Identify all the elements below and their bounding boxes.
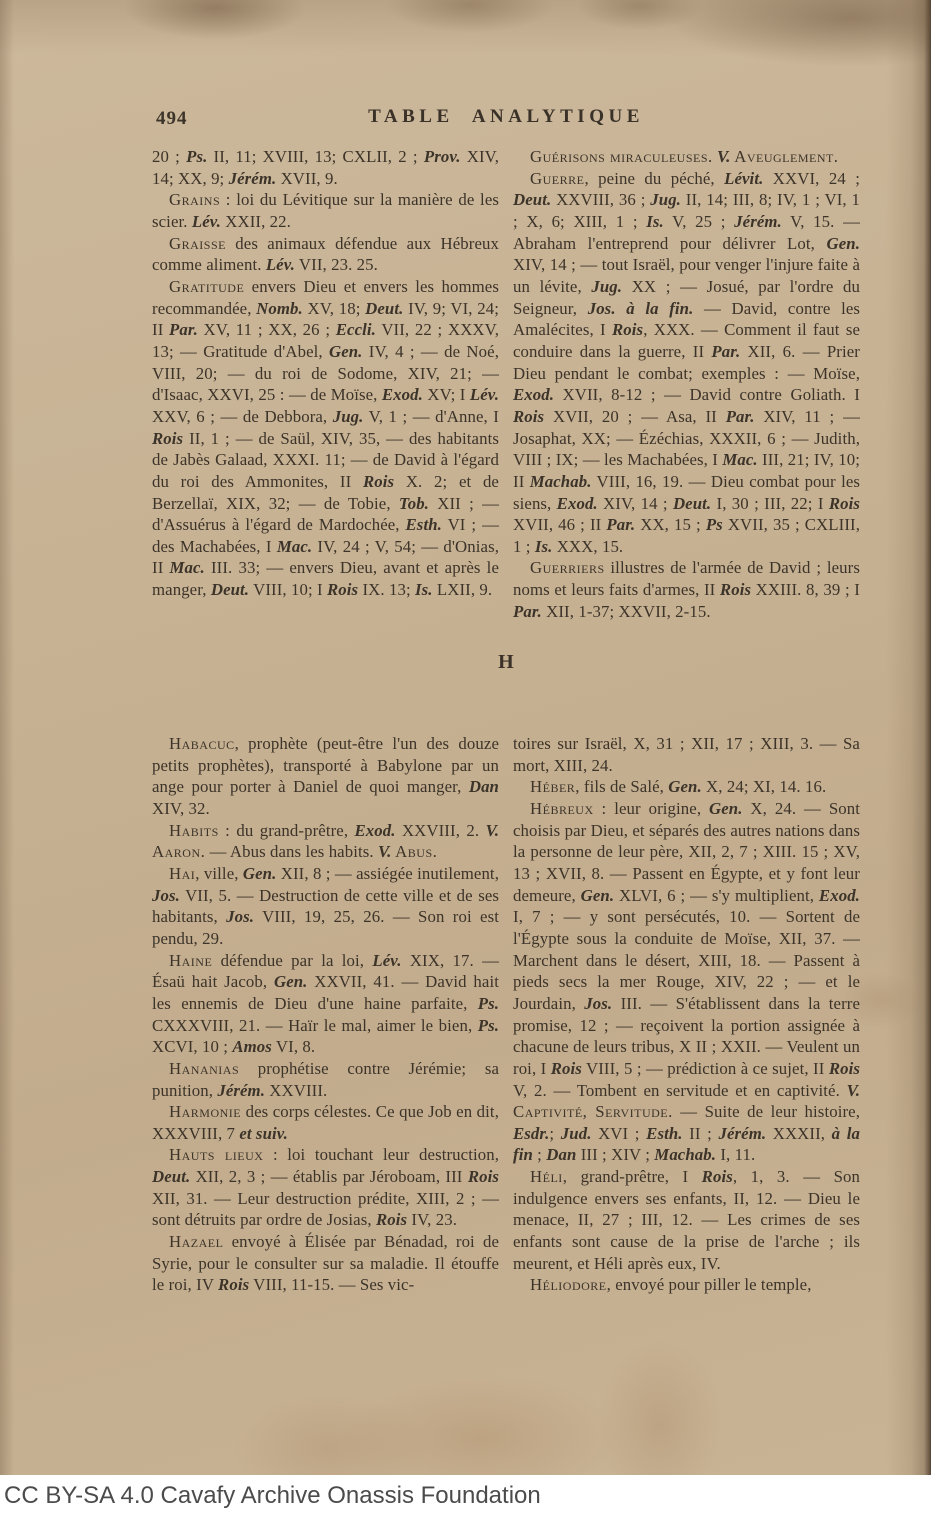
license-text: CC BY-SA 4.0 Cavafy Archive Onassis Foun…	[4, 1482, 541, 1510]
index-entry: Gratitude envers Dieu et envers les homm…	[152, 276, 499, 601]
section-g: 20 ; Ps. II, 11; XVIII, 13; CXLII, 2 ; P…	[152, 146, 860, 622]
page-content: 20 ; Ps. II, 11; XVIII, 13; CXLII, 2 ; P…	[152, 146, 860, 1476]
section-g-columns: 20 ; Ps. II, 11; XVIII, 13; CXLII, 2 ; P…	[152, 146, 860, 622]
section-heading-h: H	[152, 652, 860, 674]
index-entry: Hananias prophétise contre Jérémie; sa p…	[152, 1058, 499, 1101]
index-entry: Harmonie des corps célestes. Ce que Job …	[152, 1101, 499, 1144]
page-header: 494 TABLE ANALYTIQUE	[152, 106, 860, 132]
column-left: Habacuc, prophète (peut-être l'un des do…	[152, 733, 499, 1296]
index-entry: Guerriers illustres de l'armée de David …	[513, 557, 860, 622]
column-right: toires sur Israël, X, 31 ; XII, 17 ; XII…	[513, 733, 860, 1296]
index-entry: Hébreux : leur origine, Gen. X, 24. — So…	[513, 798, 860, 1166]
index-entry: Graisse des animaux défendue aux Hébreux…	[152, 233, 499, 276]
index-entry: Héli, grand-prêtre, I Rois, 1, 3. — Son …	[513, 1166, 860, 1274]
index-entry: Habits : du grand-prêtre, Exod. XXVIII, …	[152, 820, 499, 863]
index-entry: 20 ; Ps. II, 11; XVIII, 13; CXLII, 2 ; P…	[152, 146, 499, 189]
index-entry: Hauts lieux : loi touchant leur destruct…	[152, 1144, 499, 1231]
index-entry: Guerre, peine du péché, Lévit. XXVI, 24 …	[513, 168, 860, 558]
column-right: Guérisons miraculeuses. V. Aveuglement.G…	[513, 146, 860, 622]
index-entry: toires sur Israël, X, 31 ; XII, 17 ; XII…	[513, 733, 860, 776]
license-bar: CC BY-SA 4.0 Cavafy Archive Onassis Foun…	[0, 1475, 931, 1516]
index-entry: Guérisons miraculeuses. V. Aveuglement.	[513, 146, 860, 168]
index-entry: Hai, ville, Gen. XII, 8 ; — assiégée inu…	[152, 863, 499, 950]
section-h-columns: Habacuc, prophète (peut-être l'un des do…	[152, 733, 860, 1296]
column-left: 20 ; Ps. II, 11; XVIII, 13; CXLII, 2 ; P…	[152, 146, 499, 622]
section-h: Habacuc, prophète (peut-être l'un des do…	[152, 733, 860, 1296]
scanned-book-page: 494 TABLE ANALYTIQUE 20 ; Ps. II, 11; XV…	[0, 0, 931, 1516]
index-entry: Haine défendue par la loi, Lév. XIX, 17.…	[152, 950, 499, 1058]
page-title: TABLE ANALYTIQUE	[152, 106, 860, 128]
index-entry: Habacuc, prophète (peut-être l'un des do…	[152, 733, 499, 820]
index-entry: Héber, fils de Salé, Gen. X, 24; XI, 14.…	[513, 776, 860, 798]
index-entry: Grains : loi du Lévitique sur la manière…	[152, 189, 499, 232]
index-entry: Hazael envoyé à Élisée par Bénadad, roi …	[152, 1231, 499, 1296]
index-entry: Héliodore, envoyé pour piller le temple,	[513, 1274, 860, 1296]
